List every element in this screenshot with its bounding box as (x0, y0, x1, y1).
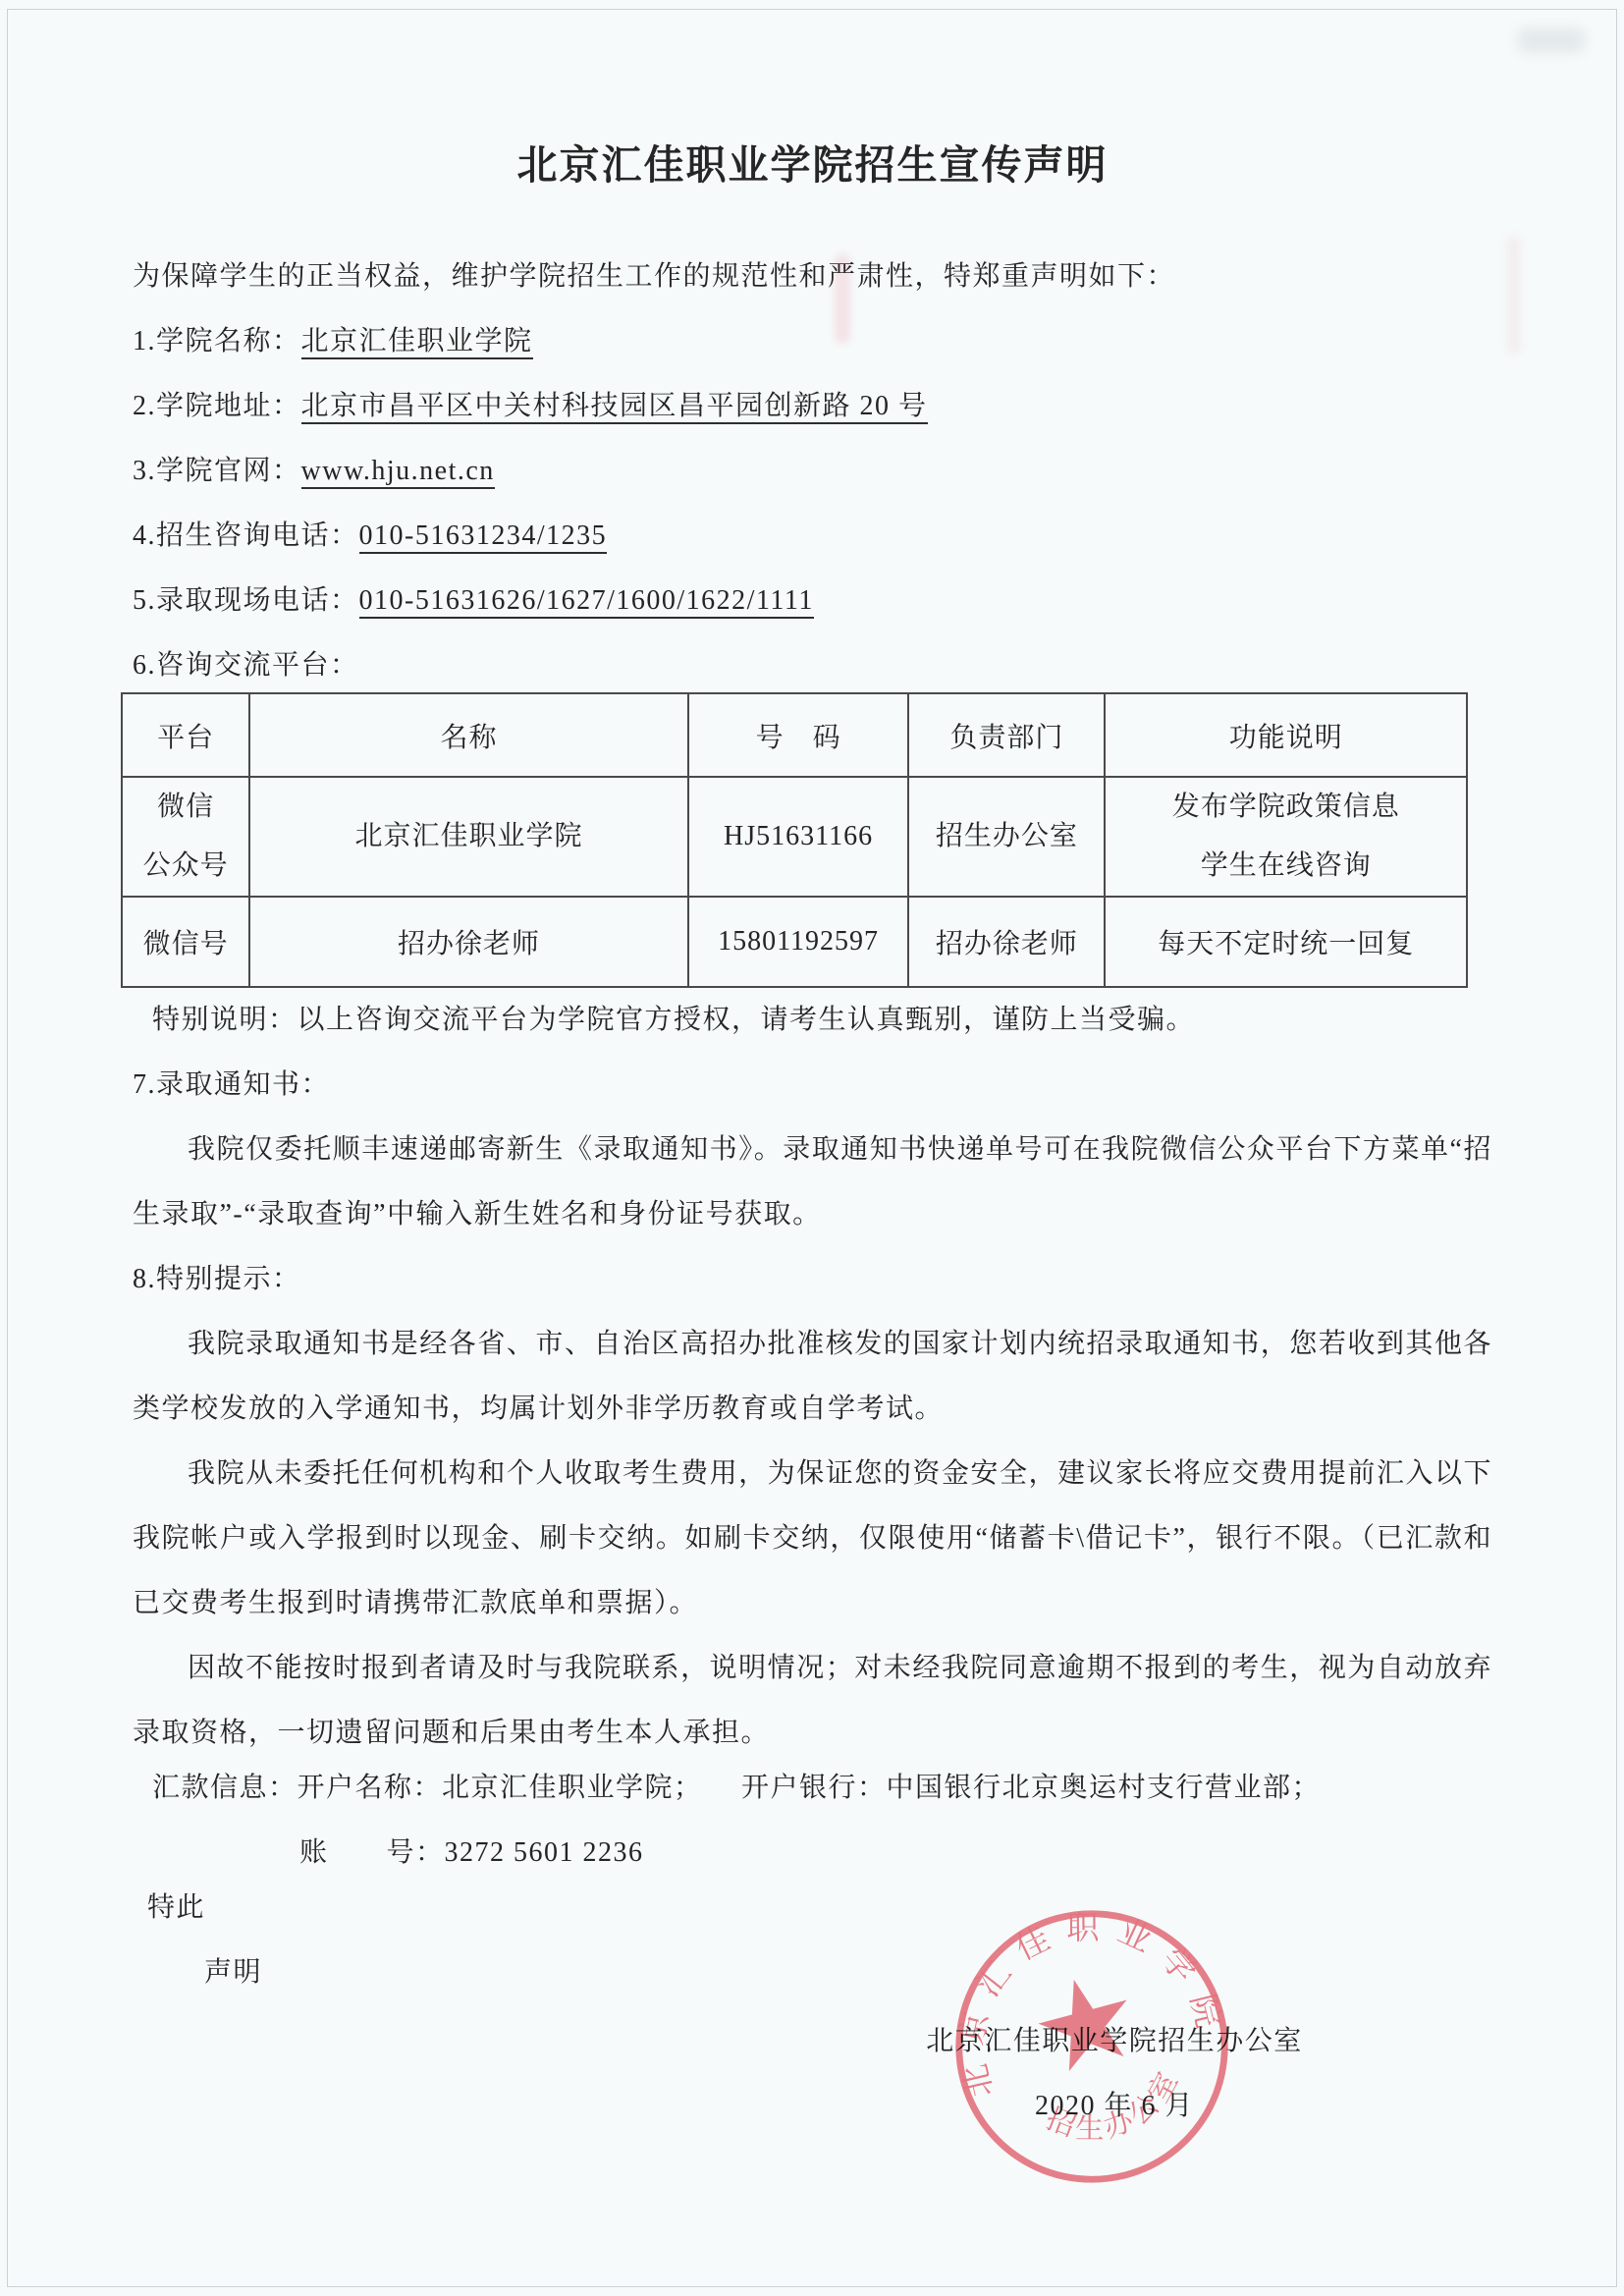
col-header-name: 名称 (249, 693, 688, 777)
remittance-line: 汇款信息：开户名称：北京汇佳职业学院； 开户银行：中国银行北京奥运村支行营业部； (133, 1756, 1492, 1821)
phone-number: 010-51631234/1235 (359, 520, 608, 554)
cell-department: 招办徐老师 (908, 897, 1105, 987)
col-header-department: 负责部门 (908, 693, 1105, 777)
item-enrollment-site-phone: 5.录取现场电话：010-51631626/1627/1600/1622/111… (133, 569, 1492, 633)
item-consult-platforms: 6.咨询交流平台： (133, 633, 1492, 698)
item-school-website: 3.学院官网：www.hju.net.cn (133, 439, 1492, 504)
document-content: 北京汇佳职业学院招生宣传声明 为保障学生的正当权益，维护学院招生工作的规范性和严… (0, 0, 1624, 2139)
signature-name: 北京汇佳职业学院招生办公室 (795, 2009, 1434, 2074)
section7-heading: 7.录取通知书： (133, 1053, 1492, 1118)
table-header-row: 平台 名称 号 码 负责部门 功能说明 (122, 693, 1467, 777)
item-admission-consult-phone: 4.招生咨询电话：010-51631234/1235 (133, 504, 1492, 569)
remittance-bank: 开户银行：中国银行北京奥运村支行营业部； (741, 1756, 1321, 1821)
section7-body: 我院仅委托顺丰速递邮寄新生《录取通知书》。录取通知书快递单号可在我院微信公众平台… (133, 1118, 1492, 1247)
cell-department: 招生办公室 (908, 777, 1105, 897)
cell-number: 15801192597 (688, 897, 909, 987)
platform-table: 平台 名称 号 码 负责部门 功能说明 微信 公众号 北京汇佳职业学院 HJ51… (121, 692, 1468, 988)
signature-date: 2020 年 6 月 (795, 2074, 1434, 2139)
cell-name: 北京汇佳职业学院 (249, 777, 688, 897)
item-school-address: 2.学院地址：北京市昌平区中关村科技园区昌平园创新路 20 号 (133, 374, 1492, 439)
cell-platform: 微信号 (122, 897, 249, 987)
cell-number: HJ51631166 (688, 777, 909, 897)
cell-platform: 微信 公众号 (122, 777, 249, 897)
item-school-name: 1.学院名称：北京汇佳职业学院 (133, 309, 1492, 374)
section8-para2: 我院从未委托任何机构和个人收取考生费用，为保证您的资金安全，建议家长将应交费用提… (133, 1442, 1492, 1636)
phone-number: 010-51631626/1627/1600/1622/1111 (359, 585, 814, 619)
item-label: 6.咨询交流平台： (133, 650, 359, 681)
cell-function: 每天不定时统一回复 (1105, 897, 1467, 987)
col-header-function: 功能说明 (1105, 693, 1467, 777)
remittance-account-name: 汇款信息：开户名称：北京汇佳职业学院； (152, 1773, 703, 1803)
item-value-underlined: 北京汇佳职业学院 (301, 326, 533, 359)
table-row-wechat-id: 微信号 招办徐老师 15801192597 招办徐老师 每天不定时统一回复 (122, 897, 1467, 987)
table-row-wechat-official: 微信 公众号 北京汇佳职业学院 HJ51631166 招生办公室 发布学院政策信… (122, 777, 1467, 897)
item-label: 4.招生咨询电话： (133, 520, 359, 551)
col-header-number: 号 码 (688, 693, 909, 777)
section8-para1: 我院录取通知书是经各省、市、自治区高招办批准核发的国家计划内统招录取通知书，您若… (133, 1312, 1492, 1442)
section8-para3: 因故不能按时报到者请及时与我院联系，说明情况；对未经我院同意逾期不报到的考生，视… (133, 1636, 1492, 1766)
cell-function: 发布学院政策信息 学生在线咨询 (1105, 777, 1467, 897)
website-url: www.hju.net.cn (301, 456, 495, 489)
scanned-document-page: 北京汇佳职业学院招生宣传声明 为保障学生的正当权益，维护学院招生工作的规范性和严… (0, 0, 1624, 2296)
cell-name: 招办徐老师 (249, 897, 688, 987)
closing-shengming: 声明 (133, 1941, 1492, 2005)
item-label: 2.学院地址： (133, 391, 301, 421)
col-header-platform: 平台 (122, 693, 249, 777)
intro-paragraph: 为保障学生的正当权益，维护学院招生工作的规范性和严肃性，特郑重声明如下： (133, 245, 1492, 309)
item-value-underlined: 北京市昌平区中关村科技园区昌平园创新路 20 号 (301, 391, 928, 424)
item-label: 1.学院名称： (133, 326, 301, 356)
item-label: 5.录取现场电话： (133, 585, 359, 616)
page-title: 北京汇佳职业学院招生宣传声明 (133, 0, 1492, 191)
item-label: 3.学院官网： (133, 456, 301, 486)
special-note: 特别说明：以上咨询交流平台为学院官方授权，请考生认真甄别，谨防上当受骗。 (133, 988, 1492, 1053)
section8-heading: 8.特别提示： (133, 1247, 1492, 1312)
